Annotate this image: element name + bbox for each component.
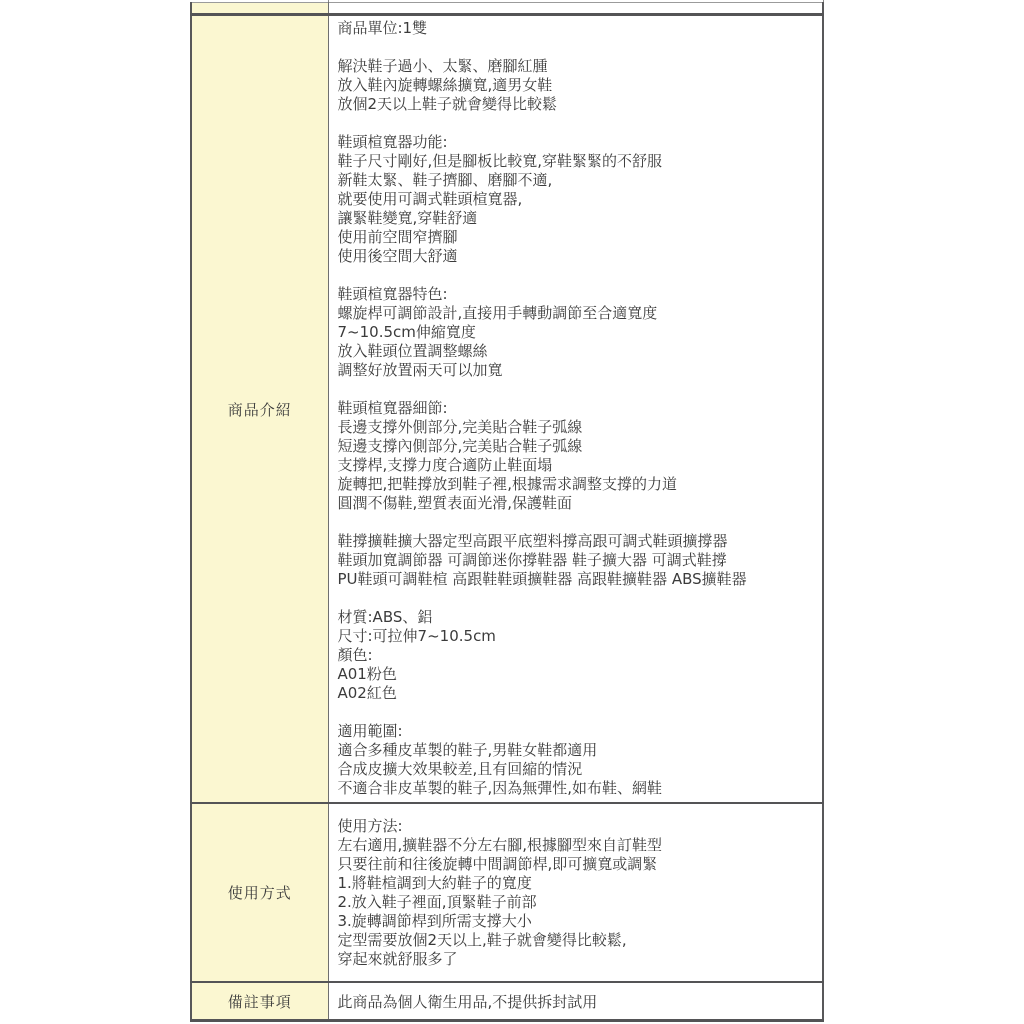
section-label-notes: 備註事項 xyxy=(191,982,328,1021)
cropped-content-cell xyxy=(328,3,823,15)
product-spec-table: 商品介紹 商品單位:1雙 解決鞋子過小、太緊、磨腳紅腫 放入鞋內旋轉螺絲擴寬,適… xyxy=(190,2,824,1022)
notes-text: 此商品為個人衛生用品,不提供拆封試用 xyxy=(329,983,823,1019)
section-content-product-intro: 商品單位:1雙 解決鞋子過小、太緊、磨腳紅腫 放入鞋內旋轉螺絲擴寬,適男女鞋 放… xyxy=(328,15,823,804)
section-content-notes: 此商品為個人衛生用品,不提供拆封試用 xyxy=(328,982,823,1021)
section-label-product-intro: 商品介紹 xyxy=(191,15,328,804)
cropped-top-row xyxy=(191,3,823,15)
section-row-usage: 使用方式 使用方法: 左右適用,擴鞋器不分左右腳,根據腳型來自訂鞋型 只要往前和… xyxy=(191,803,823,982)
section-label-usage: 使用方式 xyxy=(191,803,328,982)
section-row-product-intro: 商品介紹 商品單位:1雙 解決鞋子過小、太緊、磨腳紅腫 放入鞋內旋轉螺絲擴寬,適… xyxy=(191,15,823,804)
section-content-usage: 使用方法: 左右適用,擴鞋器不分左右腳,根據腳型來自訂鞋型 只要往前和往後旋轉中… xyxy=(328,803,823,982)
product-intro-text: 商品單位:1雙 解決鞋子過小、太緊、磨腳紅腫 放入鞋內旋轉螺絲擴寬,適男女鞋 放… xyxy=(329,16,823,802)
usage-text: 使用方法: 左右適用,擴鞋器不分左右腳,根據腳型來自訂鞋型 只要往前和往後旋轉中… xyxy=(329,804,823,981)
page: 商品介紹 商品單位:1雙 解決鞋子過小、太緊、磨腳紅腫 放入鞋內旋轉螺絲擴寬,適… xyxy=(0,0,1024,1024)
cropped-label-cell xyxy=(191,3,328,15)
section-row-notes: 備註事項 此商品為個人衛生用品,不提供拆封試用 xyxy=(191,982,823,1021)
